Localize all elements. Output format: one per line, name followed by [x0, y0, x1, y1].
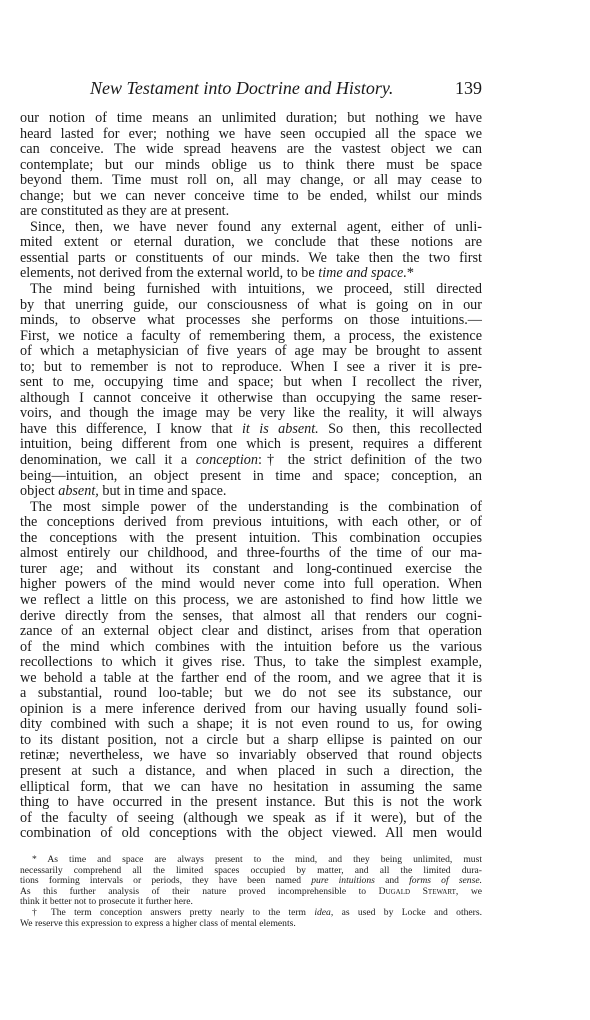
body-line: we behold a table at the farther end of … — [20, 671, 482, 687]
running-title: New Testament into Doctrine and History. — [90, 78, 393, 99]
body-line: by that unerring guide, our consciousnes… — [20, 298, 482, 314]
body-line: intuition, being different from one whic… — [20, 437, 482, 453]
footnote-line: We reserve this expression to express a … — [20, 919, 482, 930]
body-line: beyond them. Time must roll on, all may … — [20, 173, 482, 189]
body-line: higher powers of the mind would never co… — [20, 577, 482, 593]
running-header: New Testament into Doctrine and History.… — [20, 78, 482, 100]
body-line: Since, then, we have never found any ext… — [20, 220, 482, 236]
body-line: to; but to remember is not to reproduce.… — [20, 360, 482, 376]
body-line: turer age; and without its constant and … — [20, 562, 482, 578]
body-line: dity combined with such a shape; it is n… — [20, 717, 482, 733]
body-line: denomination, we call it a conception:† … — [20, 453, 482, 469]
body-line: of the mind which combines with the intu… — [20, 640, 482, 656]
body-line: mited extent or eternal duration, we con… — [20, 235, 482, 251]
footnote-line: * As time and space are always present t… — [20, 855, 482, 866]
page-number: 139 — [455, 78, 482, 99]
body-line: can conceive. The wide spread heavens ar… — [20, 142, 482, 158]
body-line: change; but we can never conceive time t… — [20, 189, 482, 205]
body-line: recollections to which it gives rise. Th… — [20, 655, 482, 671]
body-line: The mind being furnished with intuitions… — [20, 282, 482, 298]
body-text: our notion of time means an unlimited du… — [20, 111, 482, 842]
body-line: retinæ; nevertheless, we have so invaria… — [20, 748, 482, 764]
footnote-line: † The term conception answers pretty nea… — [20, 908, 482, 919]
body-line: thing to have occurred in the present in… — [20, 795, 482, 811]
body-line: essential parts or constituents of our m… — [20, 251, 482, 267]
body-line: zance of an external object clear and di… — [20, 624, 482, 640]
body-line: a substantial, round loo-table; but we d… — [20, 686, 482, 702]
body-line: object absent, but in time and space. — [20, 484, 482, 500]
body-line: elliptical form, that we can have no hes… — [20, 780, 482, 796]
body-line: contemplate; but our minds oblige us to … — [20, 158, 482, 174]
body-line: our notion of time means an unlimited du… — [20, 111, 482, 127]
body-line: almost entirely our childhood, and three… — [20, 546, 482, 562]
body-line: voirs, and though the image may be very … — [20, 406, 482, 422]
body-line: we reflect a little on this process, we … — [20, 593, 482, 609]
footnotes: * As time and space are always present t… — [20, 855, 482, 929]
body-line: have this difference, I know that it is … — [20, 422, 482, 438]
body-line: First, we notice a faculty of rememberin… — [20, 329, 482, 345]
body-line: of which a metaphysician of five years o… — [20, 344, 482, 360]
body-line: heard lasted for ever; nothing we have s… — [20, 127, 482, 143]
body-line: present at such a distance, and when pla… — [20, 764, 482, 780]
body-line: minds, to observe what processes she per… — [20, 313, 482, 329]
body-line: although I cannot conceive it otherwise … — [20, 391, 482, 407]
body-line: derive directly from the senses, that al… — [20, 609, 482, 625]
book-page: New Testament into Doctrine and History.… — [0, 0, 590, 1020]
body-line: being—intuition, an object present in ti… — [20, 469, 482, 485]
body-line: the conceptions with the present intuiti… — [20, 531, 482, 547]
body-line: combination of old conceptions with the … — [20, 826, 482, 842]
body-line: The most simple power of the understandi… — [20, 500, 482, 516]
body-line: elements, not derived from the external … — [20, 266, 482, 282]
body-line: to its distant position, not a circle bu… — [20, 733, 482, 749]
body-line: the conceptions derived from previous in… — [20, 515, 482, 531]
body-line: are constituted as they are at present. — [20, 204, 482, 220]
body-line: opinion is a mere inference derived from… — [20, 702, 482, 718]
body-line: sent to me, occupying time and space; bu… — [20, 375, 482, 391]
body-line: of the faculty of seeing (although we sp… — [20, 811, 482, 827]
